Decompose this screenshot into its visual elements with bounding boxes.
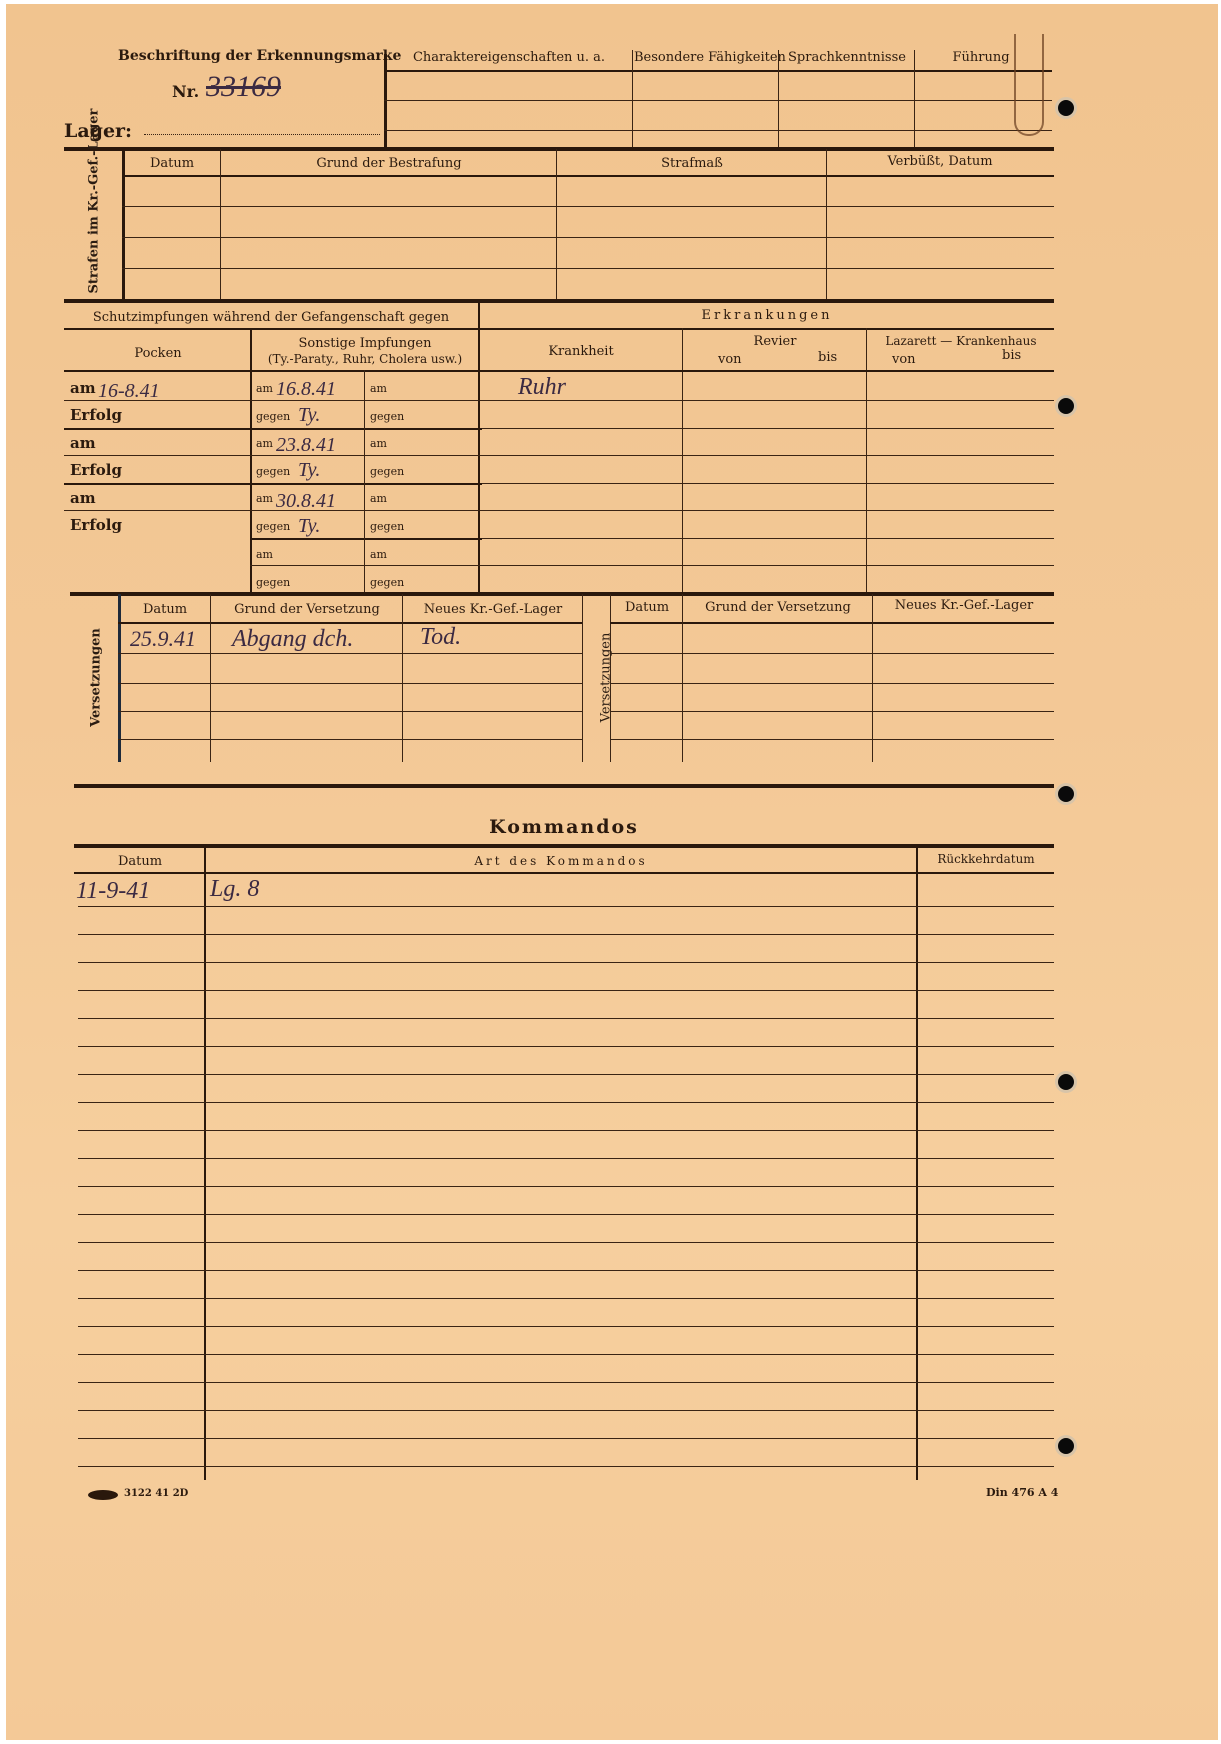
kommandos-row-line <box>78 1382 1054 1383</box>
kommandos-row-line <box>78 1466 1054 1467</box>
krankheit-1: Ruhr <box>518 374 566 401</box>
komm-art-1: Lg. 8 <box>210 876 259 903</box>
kommandos-row-line <box>78 990 1054 991</box>
kommandos-row-line <box>78 1074 1054 1075</box>
strafen-col-grund: Grund der Bestrafung <box>222 156 556 171</box>
pocken-am-1: 16-8.41 <box>98 380 160 403</box>
col-revier: Revier <box>684 334 866 349</box>
col-sonstige-2: (Ty.-Paraty., Ruhr, Cholera usw.) <box>252 352 478 366</box>
kommandos-row-line <box>78 1130 1054 1131</box>
kommandos-row-line <box>78 1326 1054 1327</box>
col-faehigkeiten: Besondere Fähigkeiten <box>634 50 778 65</box>
vers-col-grund-left: Grund der Versetzung <box>212 602 402 617</box>
kommandos-row-line <box>78 1354 1054 1355</box>
sonstige-am-2: 23.8.41 <box>276 434 336 457</box>
col-pocken: Pocken <box>66 346 250 361</box>
paperclip-mark-icon <box>1014 34 1044 136</box>
komm-datum-1: 11-9-41 <box>76 878 150 905</box>
lager-field[interactable] <box>144 134 380 135</box>
din-label: Din 476 A 4 <box>986 1486 1058 1499</box>
sonstige-gegen-2: Ty. <box>298 459 320 482</box>
kommandos-row-line <box>78 906 1054 907</box>
kommandos-row-line <box>78 962 1054 963</box>
punch-hole-icon <box>1058 1074 1074 1090</box>
form-sheet: Beschriftung der Erkennungsmarke Nr. 331… <box>6 4 1218 1740</box>
kommandos-row-line <box>78 1270 1054 1271</box>
strafen-col-datum: Datum <box>124 156 220 171</box>
col-lazarett: Lazarett — Krankenhaus <box>868 334 1054 348</box>
punch-hole-icon <box>1058 398 1074 414</box>
punch-hole-icon <box>1058 786 1074 802</box>
kommandos-row-line <box>78 1186 1054 1187</box>
sonstige-gegen-3: Ty. <box>298 515 320 538</box>
versetzungen-side-label-left: Versetzungen <box>89 628 104 728</box>
punch-hole-icon <box>1058 1438 1074 1454</box>
nr-value: 33169 <box>206 70 281 104</box>
komm-col-datum: Datum <box>76 854 204 869</box>
nr-label: Nr. <box>172 82 199 101</box>
kommandos-row-line <box>78 1410 1054 1411</box>
id-tag-label: Beschriftung der Erkennungsmarke <box>118 48 401 64</box>
kommandos-row-line <box>78 1158 1054 1159</box>
kommandos-row-line <box>78 1046 1054 1047</box>
sonstige-am-3: 30.8.41 <box>276 490 336 513</box>
vers-col-datum-left: Datum <box>120 602 210 617</box>
kommandos-row-line <box>78 934 1054 935</box>
print-code: 3122 41 2D <box>124 1488 188 1499</box>
kommandos-row-line <box>78 1214 1054 1215</box>
kommandos-row-line <box>78 1018 1054 1019</box>
impfungen-title: Schutzimpfungen während der Gefangenscha… <box>66 310 476 325</box>
strafen-side-label: Strafen im Kr.-Gef.-Lager <box>87 154 102 294</box>
komm-col-art: Art des Kommandos <box>206 854 916 868</box>
erkrankungen-title: Erkrankungen <box>480 308 1054 323</box>
sonstige-am-1: 16.8.41 <box>276 378 336 401</box>
komm-col-rueckkehr: Rückkehrdatum <box>918 852 1054 866</box>
punch-hole-icon <box>1058 100 1074 116</box>
vers-datum-1: 25.9.41 <box>130 626 196 652</box>
strafen-col-verbuesst: Verbüßt, Datum <box>828 154 1052 169</box>
vers-col-datum-right: Datum <box>612 600 682 615</box>
sonstige-gegen-1: Ty. <box>298 404 320 427</box>
vers-col-lager-right: Neues Kr.-Gef.-Lager <box>874 598 1054 613</box>
strafen-col-strafmass: Strafmaß <box>558 156 826 171</box>
col-sonstige-1: Sonstige Impfungen <box>252 336 478 351</box>
col-krankheit: Krankheit <box>480 344 682 359</box>
kommandos-row-line <box>78 1438 1054 1439</box>
printer-logo-icon <box>88 1490 118 1500</box>
col-charakter: Charaktereigenschaften u. a. <box>386 50 632 65</box>
kommandos-row-line <box>78 1242 1054 1243</box>
kommandos-row-line <box>78 1298 1054 1299</box>
col-sprachkenntnisse: Sprachkenntnisse <box>780 50 914 65</box>
kommandos-row-line <box>78 1102 1054 1103</box>
versetzungen-side-label-right: Versetzungen <box>599 618 614 738</box>
vers-lager-1: Tod. <box>420 624 461 651</box>
vers-grund-1: Abgang dch. <box>232 626 353 653</box>
vers-col-lager-left: Neues Kr.-Gef.-Lager <box>404 602 582 617</box>
vers-col-grund-right: Grund der Versetzung <box>684 600 872 615</box>
kommandos-title: Kommandos <box>74 816 1054 838</box>
